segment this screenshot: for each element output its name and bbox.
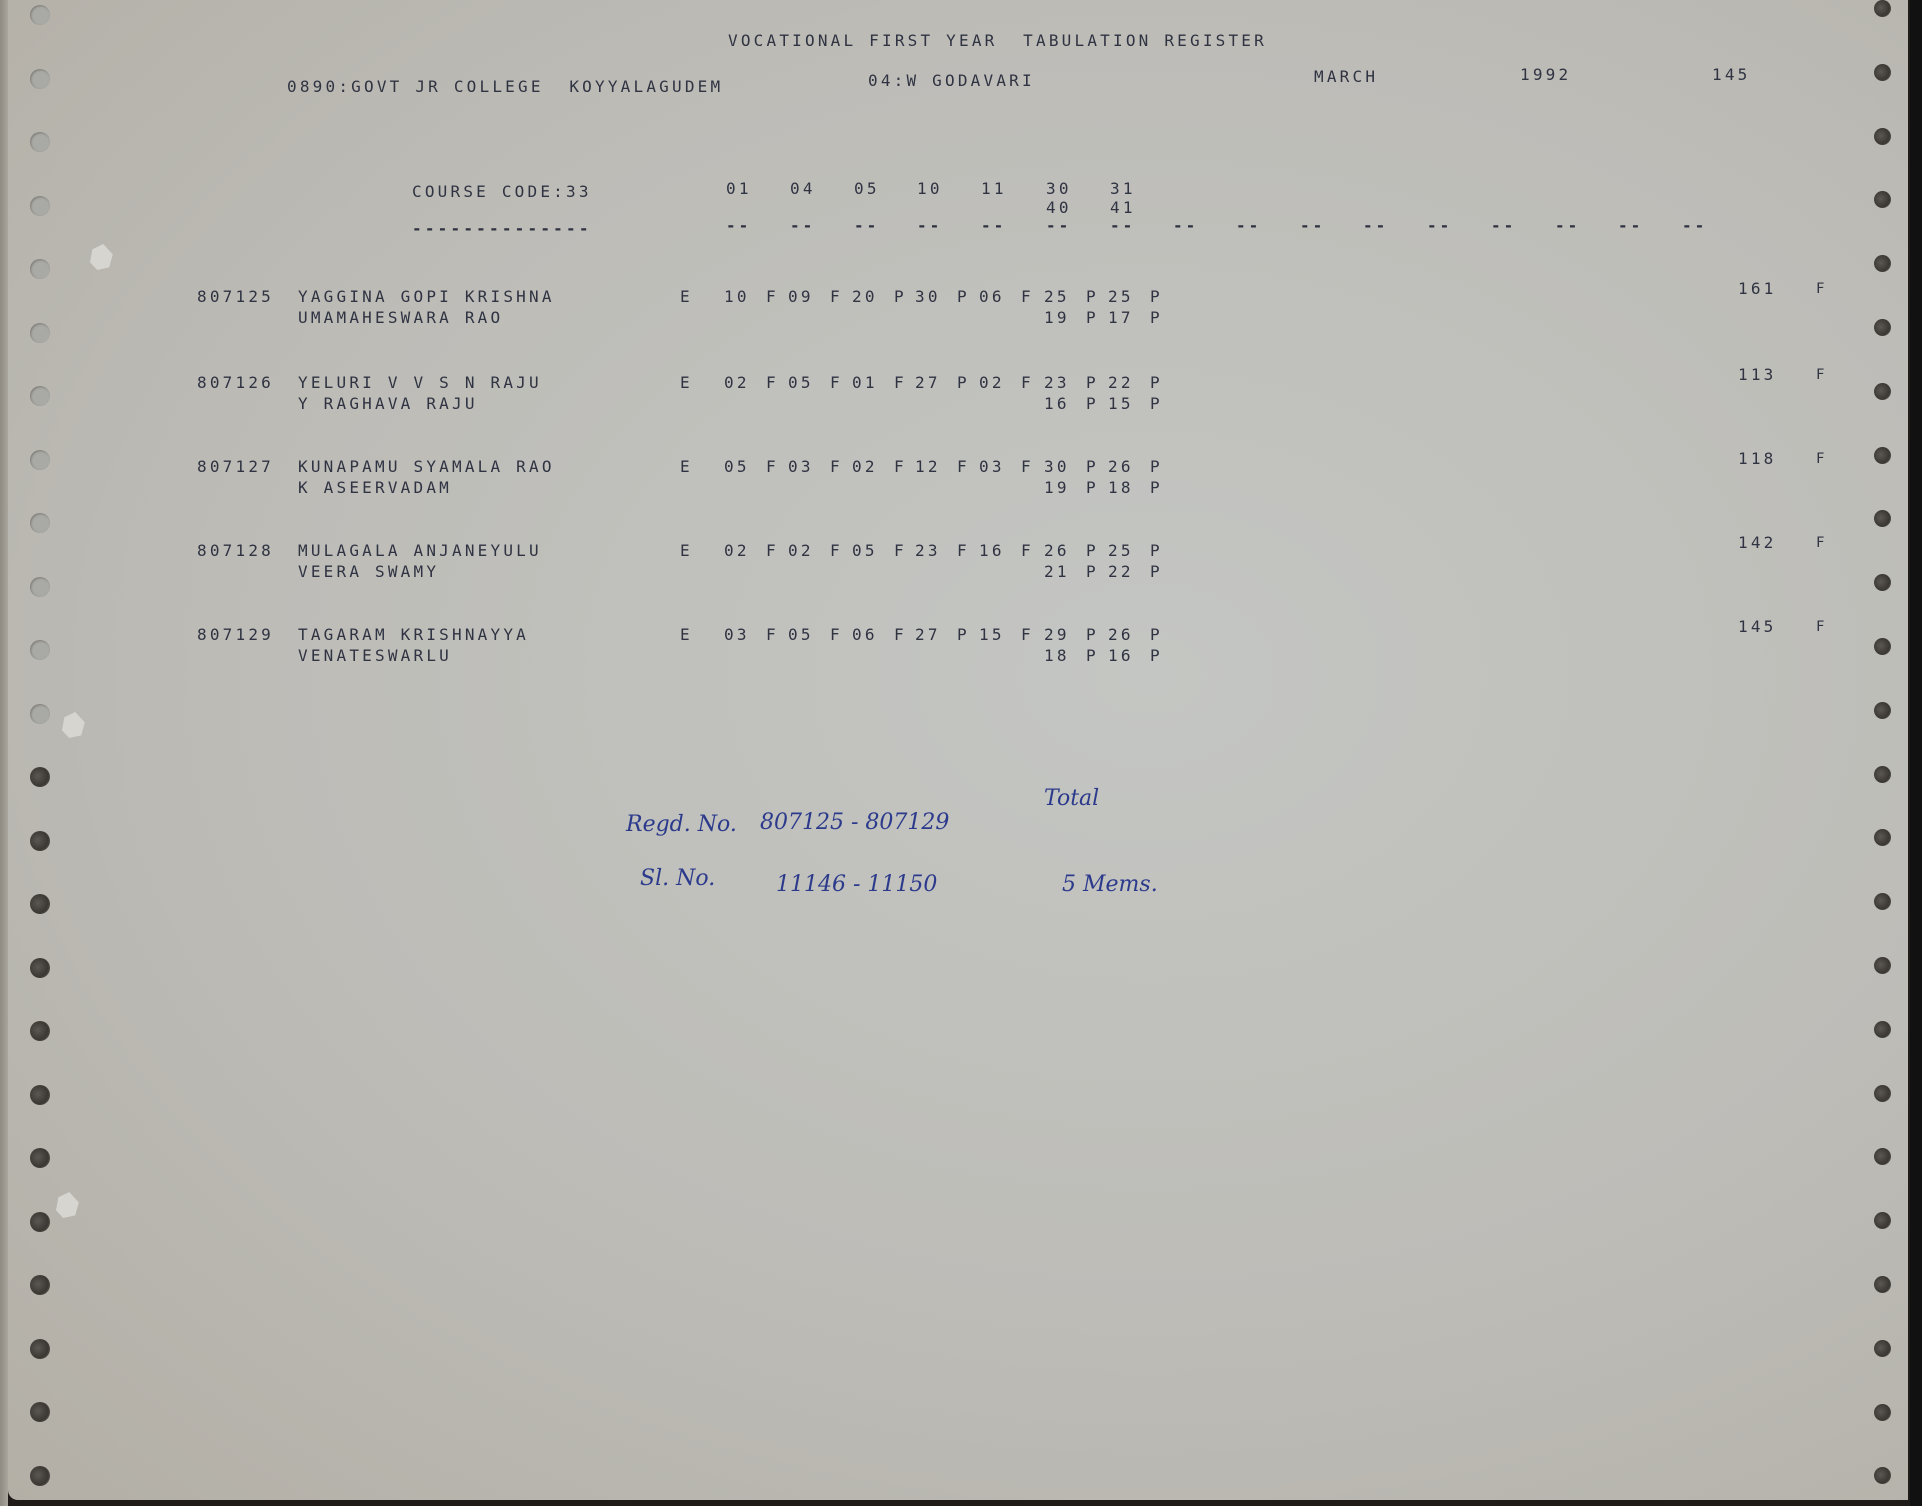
subject-mark: 23 [915,542,941,560]
regd-number: 807125 [197,288,274,306]
feed-hole-left [30,767,50,787]
subject-status: F [830,458,843,476]
subject-status: P [1086,542,1099,560]
subject-mark-secondary: 19 [1044,479,1070,497]
district-name: 04:W GODAVARI [868,72,1035,90]
subject-mark: 29 [1044,626,1070,644]
column-dash-marker: -- [790,216,815,235]
subject-status-secondary: P [1150,395,1163,413]
subject-mark: 23 [1044,374,1070,392]
feed-hole-right [1874,64,1891,81]
total-marks: 142 [1738,534,1777,552]
subject-status: F [766,458,779,476]
subject-status: F [1021,374,1034,392]
subject-mark: 12 [915,458,941,476]
column-dash-marker: -- [726,216,751,235]
subject-status: F [766,374,779,392]
subject-mark: 06 [852,626,878,644]
subject-status: F [894,458,907,476]
subject-status: F [766,288,779,306]
college-name: 0890:GOVT JR COLLEGE KOYYALAGUDEM [287,78,723,96]
handwritten-sl-label: Sl. No. [640,866,715,891]
total-marks: 161 [1738,280,1777,298]
feed-hole-right [1874,447,1891,464]
subject-status: P [1086,626,1099,644]
column-dash-marker: -- [1173,216,1198,235]
regd-number: 807127 [197,458,274,476]
subject-mark: 30 [915,288,941,306]
subject-status: F [830,288,843,306]
feed-hole-left [30,132,50,152]
subject-mark: 02 [979,374,1005,392]
feed-hole-left [30,69,50,89]
subject-status: F [830,626,843,644]
final-result: F [1816,534,1828,552]
subject-code: 04 [790,180,816,198]
medium-code: E [680,288,693,306]
subject-status: F [957,542,970,560]
feed-hole-left [30,894,50,914]
medium-code: E [680,542,693,560]
feed-hole-right [1874,1340,1891,1357]
subject-status: P [957,626,970,644]
subject-mark: 20 [852,288,878,306]
page-number: 145 [1712,66,1751,84]
subject-mark: 06 [979,288,1005,306]
feed-hole-right [1874,383,1891,400]
column-dash-marker: -- [1427,216,1452,235]
medium-code: E [680,374,693,392]
exam-month: MARCH [1314,68,1378,86]
feed-hole-left [30,5,50,25]
subject-status-secondary: P [1086,479,1099,497]
subject-status-secondary: P [1086,647,1099,665]
subject-status: F [766,542,779,560]
subject-mark: 30 [1044,458,1070,476]
feed-hole-right [1874,638,1891,655]
subject-status-secondary: P [1150,479,1163,497]
subject-mark: 16 [979,542,1005,560]
column-dash-marker: -- [917,216,942,235]
column-dash-marker: -- [1555,216,1580,235]
feed-hole-right [1874,1085,1891,1102]
student-name: TAGARAM KRISHNAYYA [298,626,529,644]
father-name: VENATESWARLU [298,647,452,665]
total-marks: 118 [1738,450,1777,468]
feed-hole-left [30,1275,50,1295]
subject-mark: 26 [1044,542,1070,560]
feed-hole-left [30,1466,50,1486]
feed-hole-left [30,323,50,343]
subject-mark: 02 [788,542,814,560]
subject-status: P [1086,458,1099,476]
final-result: F [1816,618,1828,636]
subject-mark: 03 [724,626,750,644]
feed-hole-left [30,1148,50,1168]
subject-mark: 25 [1044,288,1070,306]
subject-status-secondary: P [1150,309,1163,327]
column-dash-marker: -- [1236,216,1261,235]
feed-hole-left [30,386,50,406]
subject-mark: 05 [788,626,814,644]
feed-hole-left [30,196,50,216]
subject-status-secondary: P [1150,647,1163,665]
subject-code-secondary: 41 [1110,199,1136,217]
student-name: YAGGINA GOPI KRISHNA [298,288,555,306]
subject-status: P [1086,288,1099,306]
subject-status: P [1086,374,1099,392]
father-name: UMAMAHESWARA RAO [298,309,503,327]
subject-mark-secondary: 22 [1108,563,1134,581]
subject-code-secondary: 40 [1046,199,1072,217]
feed-hole-left [30,1021,50,1041]
feed-hole-left [30,513,50,533]
handwritten-sl-range: 11146 - 11150 [776,872,937,897]
subject-status: P [1150,626,1163,644]
subject-mark: 26 [1108,626,1134,644]
subject-status-secondary: P [1086,563,1099,581]
subject-status-secondary: P [1086,395,1099,413]
column-dash-marker: -- [854,216,879,235]
subject-mark: 10 [724,288,750,306]
subject-status: F [1021,626,1034,644]
column-dash-marker: -- [1300,216,1325,235]
feed-hole-right [1874,0,1891,17]
feed-hole-left [30,1085,50,1105]
sheet-edge [0,0,8,1506]
subject-mark: 27 [915,374,941,392]
subject-code: 30 [1046,180,1072,198]
column-dash-marker: -- [1491,216,1516,235]
background-edge [1910,0,1922,1506]
final-result: F [1816,280,1828,298]
feed-hole-left [30,259,50,279]
feed-hole-left [30,704,50,724]
regd-number: 807126 [197,374,274,392]
feed-hole-left [30,640,50,660]
student-name: MULAGALA ANJANEYULU [298,542,542,560]
subject-mark: 03 [788,458,814,476]
subject-code: 05 [854,180,880,198]
father-name: K ASEERVADAM [298,479,452,497]
subject-mark-secondary: 21 [1044,563,1070,581]
medium-code: E [680,458,693,476]
subject-status: F [830,374,843,392]
subject-mark: 26 [1108,458,1134,476]
subject-mark-secondary: 15 [1108,395,1134,413]
subject-code: 10 [917,180,943,198]
feed-hole-right [1874,766,1891,783]
feed-hole-left [30,577,50,597]
feed-hole-left [30,1212,50,1232]
subject-code: 31 [1110,180,1136,198]
student-name: YELURI V V S N RAJU [298,374,542,392]
handwritten-count: 5 Mems. [1062,872,1158,897]
subject-mark-secondary: 16 [1044,395,1070,413]
register-title: VOCATIONAL FIRST YEAR TABULATION REGISTE… [728,32,1267,50]
handwritten-total-label: Total [1044,786,1099,811]
subject-mark: 01 [852,374,878,392]
subject-status: P [957,288,970,306]
column-dash-marker: -- [1363,216,1388,235]
subject-status: F [894,542,907,560]
subject-status: F [957,458,970,476]
subject-mark: 02 [852,458,878,476]
handwritten-regd-range: 807125 - 807129 [760,810,949,835]
total-marks: 145 [1738,618,1777,636]
column-dash-marker: -- [1110,216,1135,235]
subject-mark: 05 [788,374,814,392]
subject-mark: 05 [724,458,750,476]
subject-code: 11 [981,180,1007,198]
subject-code: 01 [726,180,752,198]
subject-status-secondary: P [1086,309,1099,327]
subject-status: P [894,288,907,306]
final-result: F [1816,366,1828,384]
column-dash-marker: -- [1682,216,1707,235]
subject-mark: 22 [1108,374,1134,392]
total-marks: 113 [1738,366,1777,384]
regd-number: 807128 [197,542,274,560]
feed-hole-left [30,1402,50,1422]
subject-mark-secondary: 18 [1108,479,1134,497]
subject-status: P [1150,288,1163,306]
feed-hole-left [30,1339,50,1359]
feed-hole-left [30,450,50,470]
tabulation-register-sheet: VOCATIONAL FIRST YEAR TABULATION REGISTE… [8,0,1908,1500]
feed-hole-right [1874,128,1891,145]
subject-mark: 25 [1108,288,1134,306]
regd-number: 807129 [197,626,274,644]
feed-hole-right [1874,1276,1891,1293]
subject-status: F [830,542,843,560]
subject-status: P [1150,458,1163,476]
subject-mark: 02 [724,542,750,560]
course-code-underline: -------------- [412,220,592,238]
subject-status: F [894,626,907,644]
feed-hole-right [1874,702,1891,719]
feed-hole-right [1874,1404,1891,1421]
subject-mark-secondary: 16 [1108,647,1134,665]
subject-status: F [1021,458,1034,476]
subject-status: F [766,626,779,644]
subject-status: F [1021,542,1034,560]
column-dash-marker: -- [981,216,1006,235]
subject-mark: 27 [915,626,941,644]
subject-status: P [1150,374,1163,392]
medium-code: E [680,626,693,644]
subject-mark-secondary: 18 [1044,647,1070,665]
subject-mark: 15 [979,626,1005,644]
final-result: F [1816,450,1828,468]
subject-status-secondary: P [1150,563,1163,581]
father-name: Y RAGHAVA RAJU [298,395,478,413]
student-name: KUNAPAMU SYAMALA RAO [298,458,555,476]
feed-hole-right [1874,957,1891,974]
feed-hole-left [30,958,50,978]
subject-mark: 09 [788,288,814,306]
subject-mark-secondary: 17 [1108,309,1134,327]
subject-status: P [1150,542,1163,560]
feed-hole-right [1874,319,1891,336]
subject-mark: 05 [852,542,878,560]
feed-hole-right [1874,1021,1891,1038]
course-code-label: COURSE CODE:33 [412,183,592,201]
subject-mark-secondary: 19 [1044,309,1070,327]
feed-hole-left [30,831,50,851]
subject-mark: 25 [1108,542,1134,560]
subject-mark: 03 [979,458,1005,476]
exam-year: 1992 [1520,66,1571,84]
father-name: VEERA SWAMY [298,563,439,581]
subject-status: F [894,374,907,392]
handwritten-regd-label: Regd. No. [626,812,737,837]
subject-mark: 02 [724,374,750,392]
subject-status: F [1021,288,1034,306]
column-dash-marker: -- [1046,216,1071,235]
subject-status: P [957,374,970,392]
column-dash-marker: -- [1618,216,1643,235]
